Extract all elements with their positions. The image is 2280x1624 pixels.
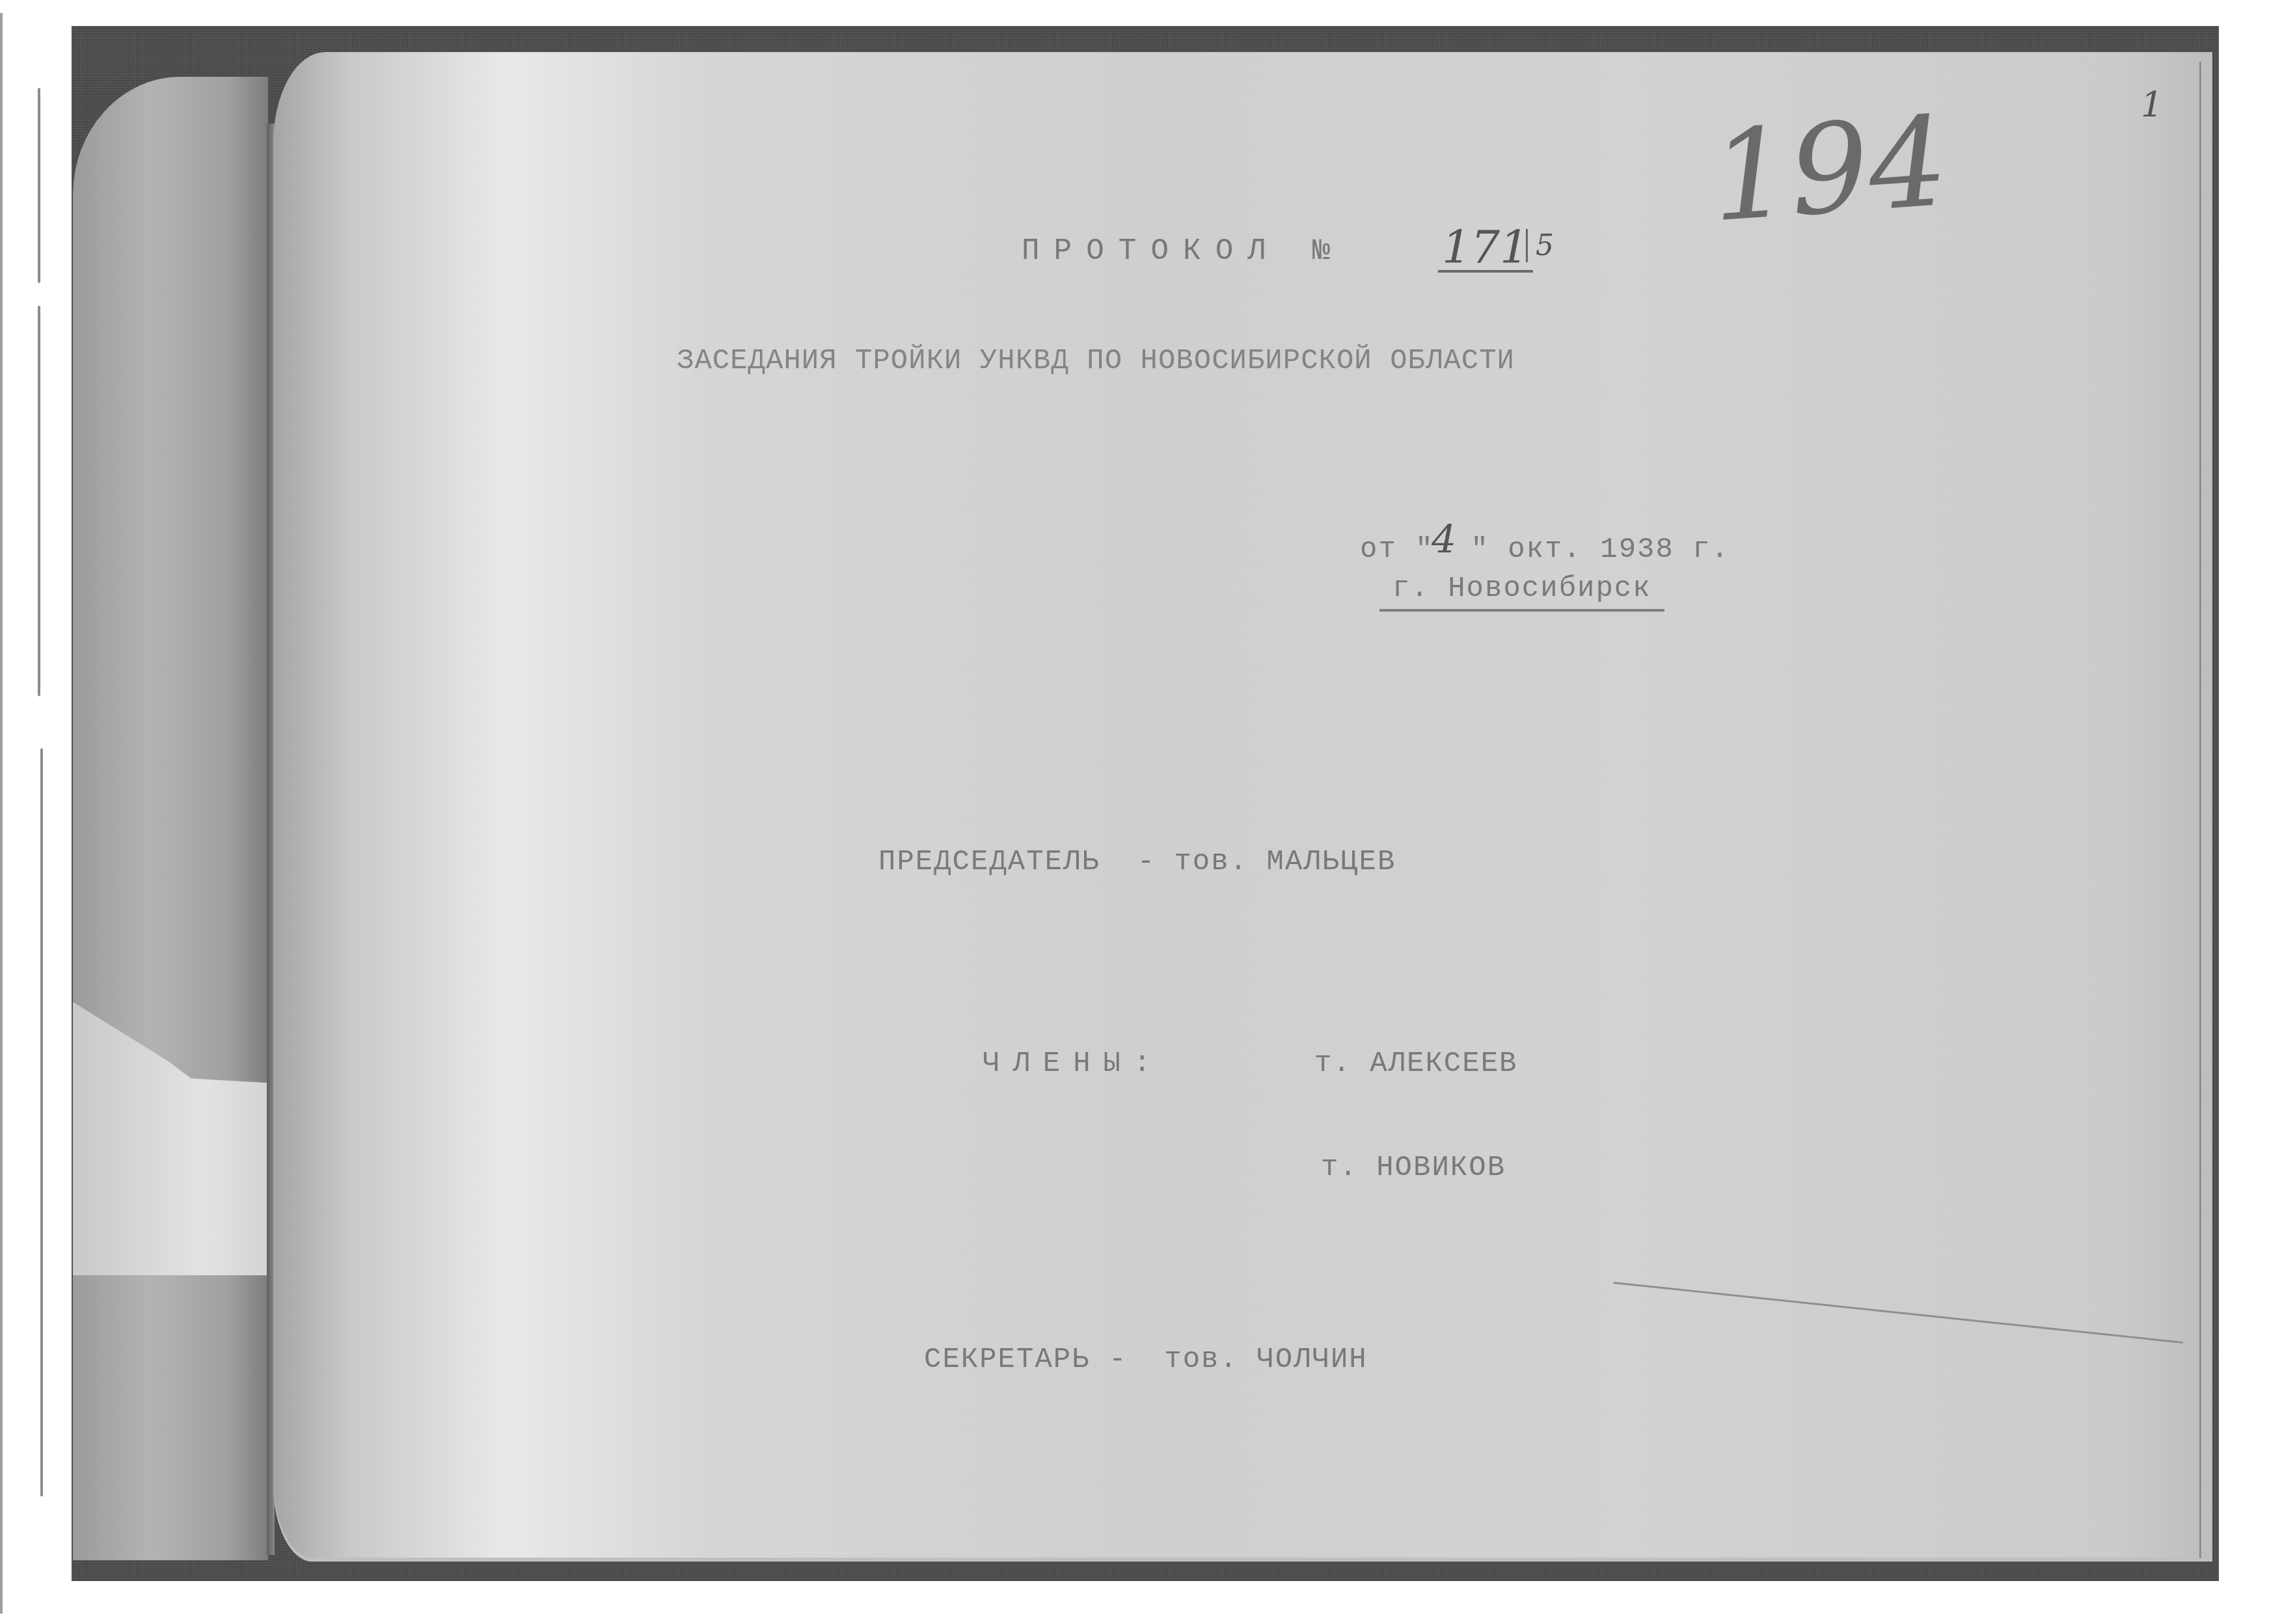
chairman-line: ПРЕДСЕДАТЕЛЬ - тов. МАЛЬЦЕВ: [878, 846, 1396, 878]
meeting-date: от " " окт. 1938 г.: [1360, 534, 1730, 566]
handwritten-page-number: 1: [2141, 85, 2163, 126]
margin-mark: [38, 88, 40, 283]
meeting-city: г. Новосибирск: [1379, 573, 1664, 612]
document-page: [273, 52, 2212, 1562]
handwritten-day: 4: [1432, 517, 1456, 563]
margin-mark: [40, 748, 43, 1496]
member-name: т. НОВИКОВ: [1321, 1152, 1506, 1184]
member-name: т. АЛЕКСЕЕВ: [1314, 1048, 1517, 1080]
document-subtitle: ЗАСЕДАНИЯ ТРОЙКИ УНКВД ПО НОВОСИБИРСКОЙ …: [677, 345, 1515, 377]
secretary-line: СЕКРЕТАРЬ - тов. ЧОЛЧИН: [924, 1344, 1368, 1376]
margin-mark: [38, 306, 40, 696]
protocol-suffix: 5: [1526, 229, 1554, 262]
page-edge: [2199, 62, 2201, 1558]
document-title: ПРОТОКОЛ №: [1022, 234, 1344, 268]
scan-left-edge: [0, 13, 3, 1614]
protocol-number: 171: [1438, 224, 1533, 273]
left-page-leaf: [73, 77, 268, 1560]
members-label: ЧЛЕНЫ:: [983, 1048, 1163, 1080]
handwritten-folio-number: 194: [1707, 90, 1952, 250]
